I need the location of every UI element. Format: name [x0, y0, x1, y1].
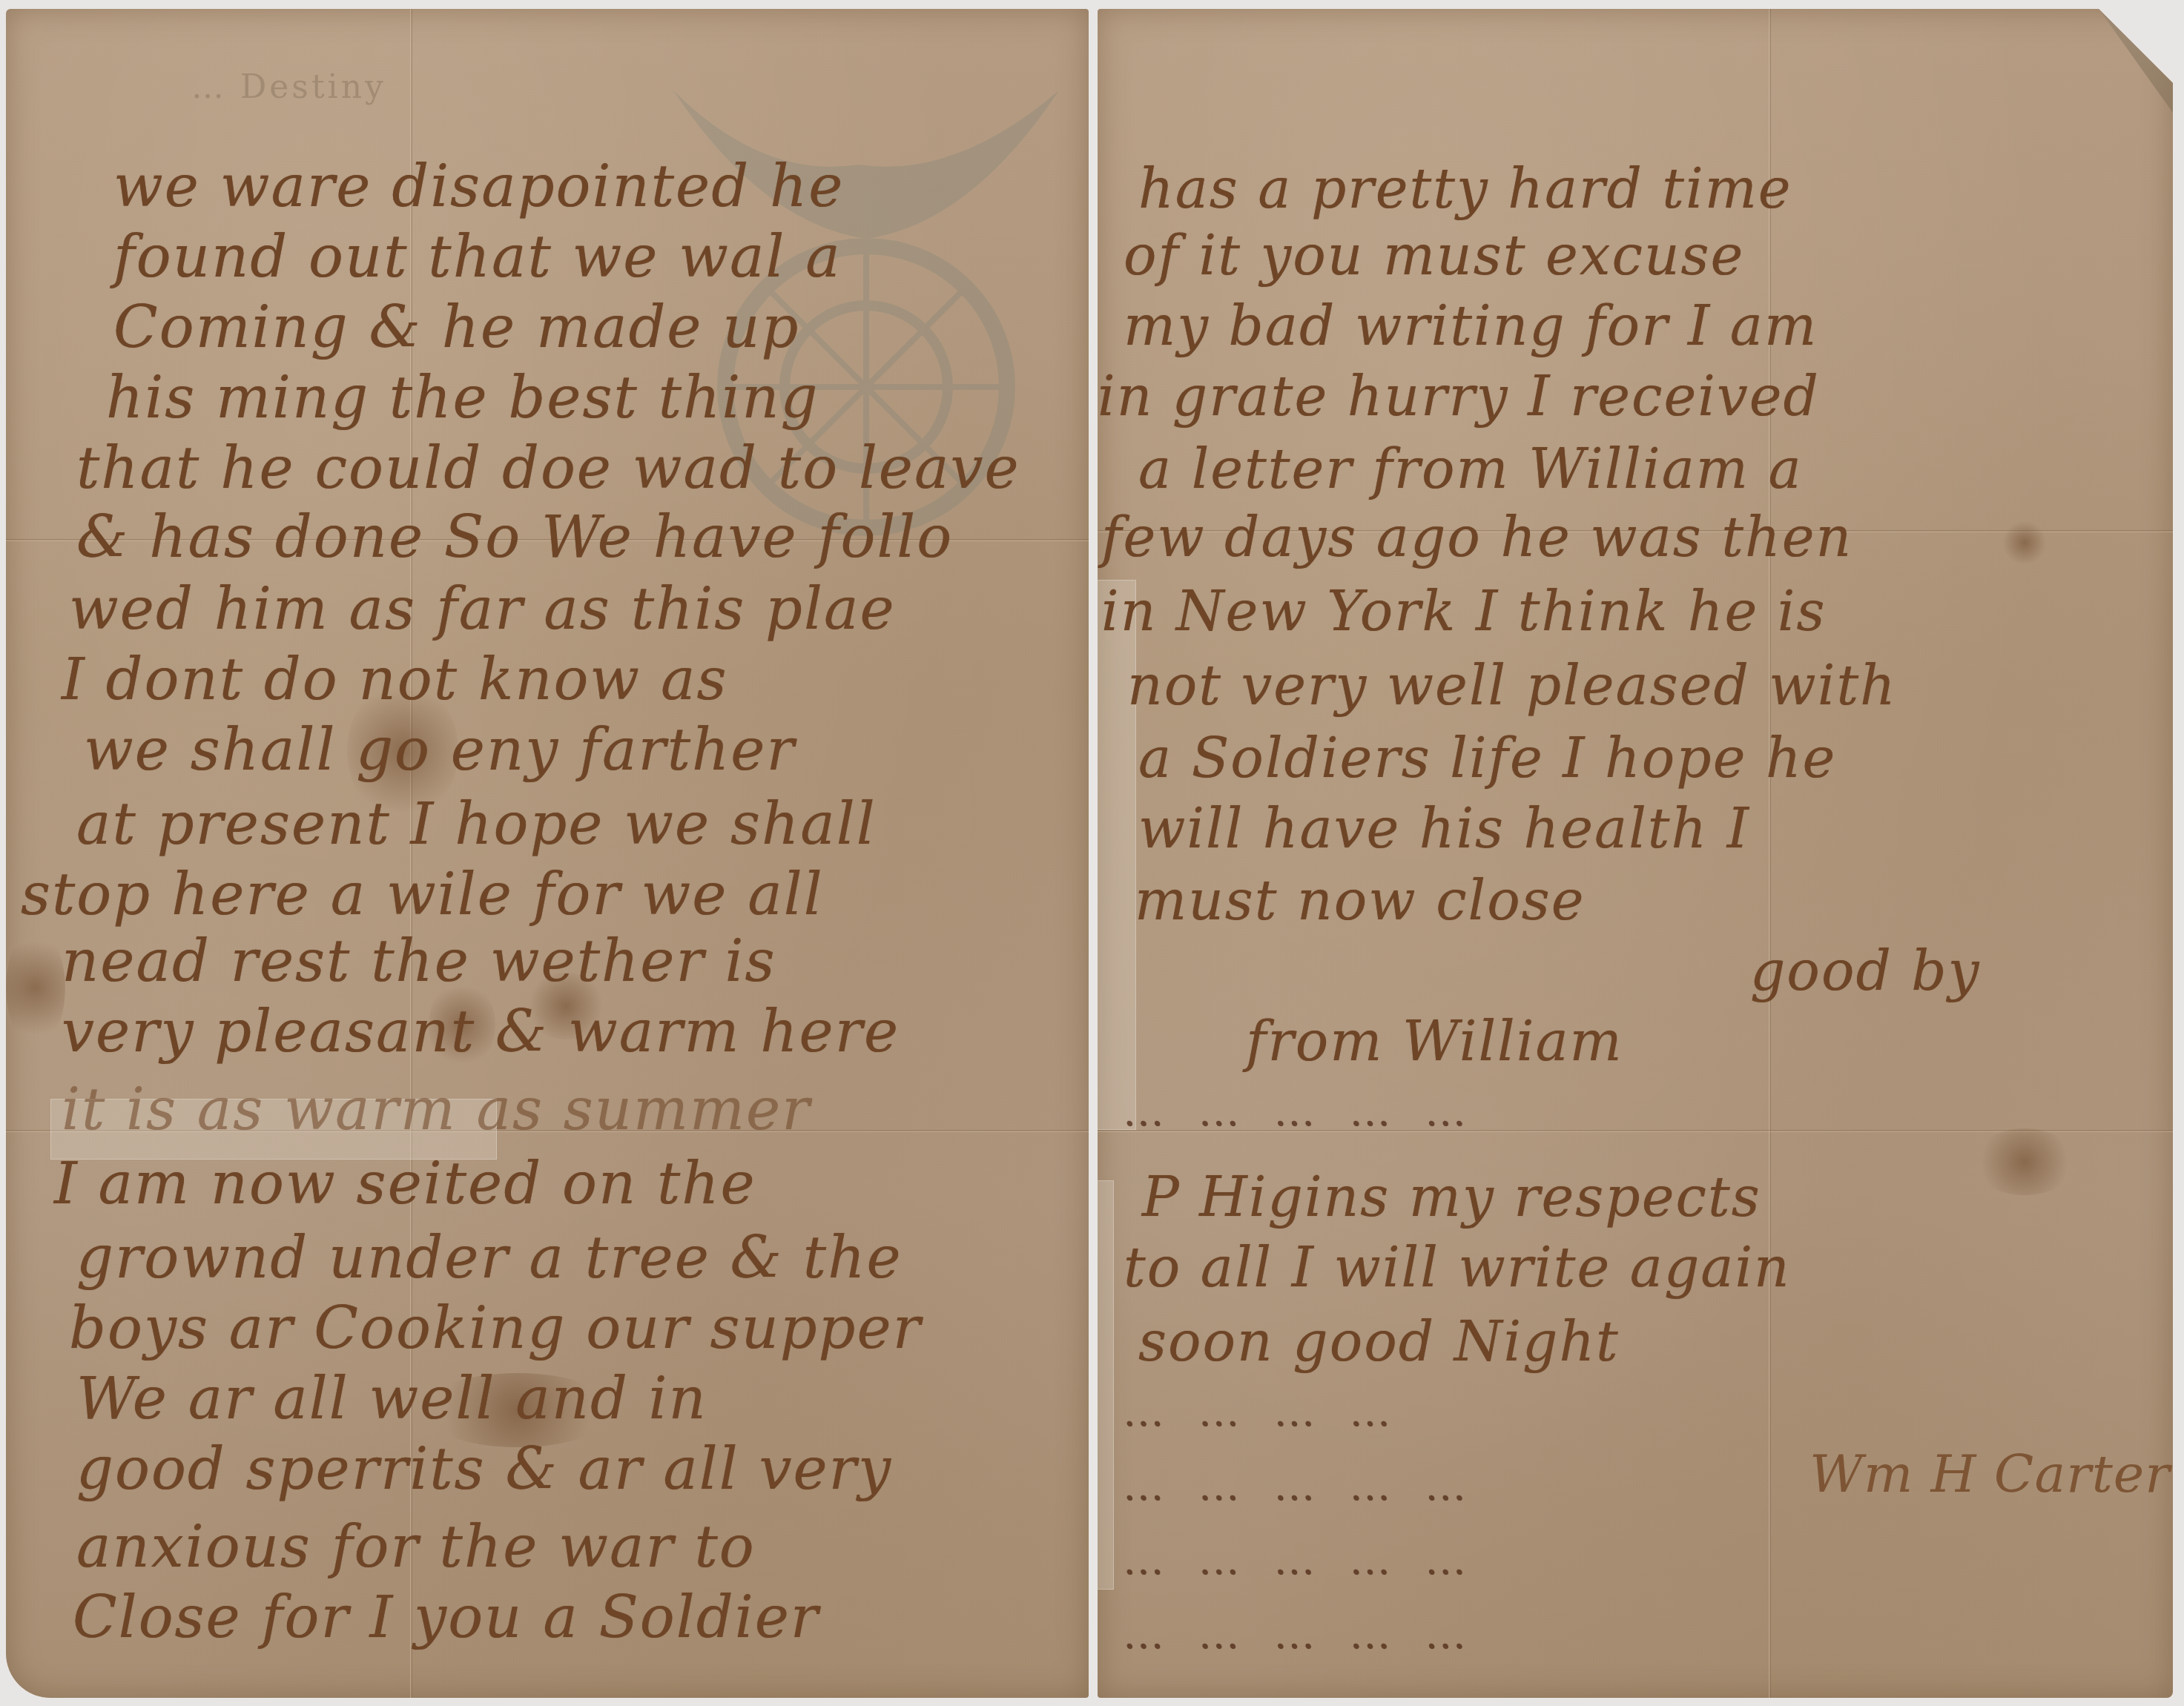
text-line: P Higins my respects: [1142, 1166, 1761, 1229]
water-stain: [1973, 1128, 2076, 1195]
text-line: we shall go eny farther: [84, 717, 796, 784]
text-line: very pleasant & warm here: [62, 999, 900, 1065]
text-line: at present I hope we shall: [76, 791, 877, 858]
text-line: I am now seited on the: [54, 1151, 756, 1217]
text-line: wed him as far as this plae: [69, 576, 896, 643]
text-line: to all I will write again: [1124, 1236, 1791, 1300]
edge-stain: [6, 928, 65, 1047]
text-line: anxious for the war to: [76, 1514, 756, 1581]
bleed-through-line: … … … … …: [1112, 1462, 1466, 1510]
text-line: Close for I you a Soldier: [73, 1584, 819, 1651]
text-line: few days ago he was then: [1101, 506, 1853, 569]
text-line: good by: [1750, 939, 1981, 1003]
vertical-fold-crease: [1769, 9, 1771, 1698]
text-line: a Soldiers life I hope he: [1138, 727, 1836, 790]
folded-corner: [2099, 9, 2173, 113]
text-line: not very well pleased with: [1127, 654, 1897, 718]
text-line: must now close: [1135, 869, 1586, 933]
ink-stain: [2002, 520, 2047, 565]
text-line: good sperrits & ar all very: [76, 1436, 892, 1503]
text-line: in New York I think he is: [1101, 580, 1826, 644]
text-line: Coming & he made up: [113, 294, 799, 361]
text-line: We ar all well and in: [76, 1366, 707, 1432]
left-page: … Destiny we ware disapointed he found o…: [6, 9, 1089, 1698]
text-line: grownd under a tree & the: [76, 1225, 903, 1292]
text-line: of it you must excuse: [1124, 224, 1744, 288]
text-line: a letter from William a: [1138, 437, 1803, 501]
bleed-through-line: … … … … …: [1112, 1610, 1466, 1659]
text-line: I dont do not know as: [62, 647, 728, 713]
text-line: boys ar Cooking our supper: [69, 1295, 922, 1362]
text-line: has a pretty hard time: [1138, 157, 1792, 221]
text-line: & has done So We have follo: [76, 504, 953, 571]
text-line: in grate hurry I received: [1098, 365, 1820, 429]
text-line: from William: [1246, 1010, 1623, 1074]
text-line: that he could doe wad to leave: [76, 435, 1020, 502]
text-line: will have his health I: [1138, 797, 1750, 861]
text-line: nead rest the wether is: [62, 928, 776, 995]
signature: Wm H Carter: [1809, 1444, 2171, 1504]
text-line: we ware disapointed he: [113, 153, 844, 220]
text-line: stop here a wile for we all: [21, 862, 824, 928]
bleed-through-line: … … … … …: [1112, 1536, 1466, 1584]
faint-letterhead: … Destiny: [191, 68, 386, 106]
text-line: soon good Night: [1138, 1310, 1620, 1374]
bleed-through-line: … … … … …: [1112, 1088, 1466, 1136]
bleed-through-line: … … … …: [1112, 1388, 1390, 1436]
text-line: my bad writing for I am: [1124, 294, 1818, 358]
text-line: found out that we wal a: [113, 224, 842, 291]
text-line: it is as warm as summer: [62, 1077, 811, 1143]
right-page: has a pretty hard time of it you must ex…: [1098, 9, 2173, 1698]
text-line: his ming the best thing: [106, 365, 819, 432]
repair-tape: [1090, 1180, 1114, 1590]
